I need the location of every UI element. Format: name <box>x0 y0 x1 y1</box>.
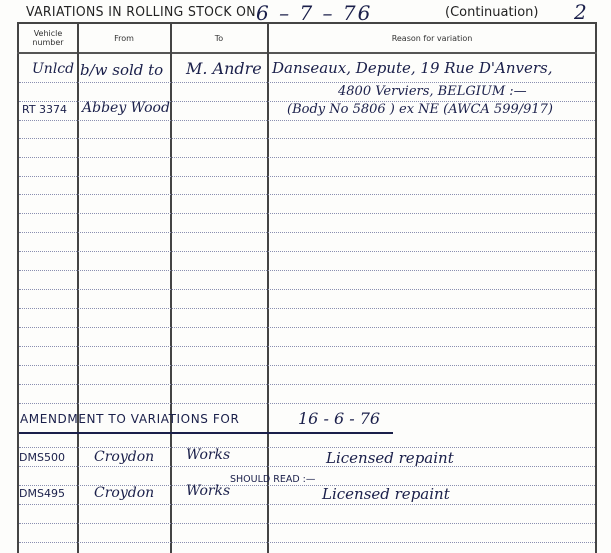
ruled-line <box>19 542 595 543</box>
column-header-to: To <box>171 24 267 52</box>
amendment-vehicle: DMS500 <box>19 451 65 464</box>
ruled-line <box>19 120 595 121</box>
page-number: 2 <box>574 0 587 24</box>
amendment-heading: AMENDMENT TO VARIATIONS FOR <box>20 412 239 426</box>
amendment-reason: Licensed repaint <box>326 449 454 467</box>
ruled-line <box>19 157 595 158</box>
ruled-line <box>19 466 595 467</box>
entry-reason-line1: 4800 Verviers, BELGIUM :— <box>338 84 527 99</box>
ruled-line <box>19 82 595 83</box>
ruled-line <box>19 213 595 214</box>
ruled-line <box>19 523 595 524</box>
ruled-line <box>19 308 595 309</box>
document-title: VARIATIONS IN ROLLING STOCK ON <box>26 4 256 20</box>
ruled-line <box>19 194 595 195</box>
ruled-line <box>19 365 595 366</box>
amendment-vehicle: DMS495 <box>19 487 65 500</box>
entry-vehicle: RT 3374 <box>22 103 67 116</box>
amendment-from: Croydon <box>94 485 154 501</box>
entry-to: M. Andre <box>186 59 262 78</box>
column-header-reason: Reason for variation <box>268 24 596 52</box>
entry-reason-line2: (Body No 5806 ) ex NE (AWCA 599/917) <box>287 102 553 117</box>
should-read-note: SHOULD READ :— <box>230 474 315 485</box>
amendment-date: 16 - 6 - 76 <box>298 409 380 428</box>
amendment-to: Works <box>186 483 230 499</box>
ruled-line <box>19 504 595 505</box>
amendment-underline <box>19 432 393 434</box>
entry-from: Abbey Wood <box>82 100 170 116</box>
ruled-line <box>19 327 595 328</box>
entry-from: b/w sold to <box>80 61 163 79</box>
ruled-line <box>19 176 595 177</box>
header-divider <box>17 52 597 54</box>
ruled-line <box>19 403 595 404</box>
ruled-line <box>19 346 595 347</box>
amendment-from: Croydon <box>94 449 154 465</box>
ruled-line <box>19 138 595 139</box>
amendment-reason: Licensed repaint <box>322 485 450 503</box>
ruled-line <box>19 270 595 271</box>
entry-reason: Danseaux, Depute, 19 Rue D'Anvers, <box>272 59 553 77</box>
ruled-line <box>19 289 595 290</box>
column-header-from: From <box>78 24 170 52</box>
amendment-to: Works <box>186 447 230 463</box>
ruled-line <box>19 232 595 233</box>
column-header-vehicle-number: Vehicle number <box>19 24 77 52</box>
ruled-line <box>19 251 595 252</box>
ruled-line <box>19 384 595 385</box>
continuation-label: (Continuation) <box>445 5 538 20</box>
entry-vehicle: Unlcd <box>32 61 74 77</box>
ruled-line <box>19 447 595 448</box>
